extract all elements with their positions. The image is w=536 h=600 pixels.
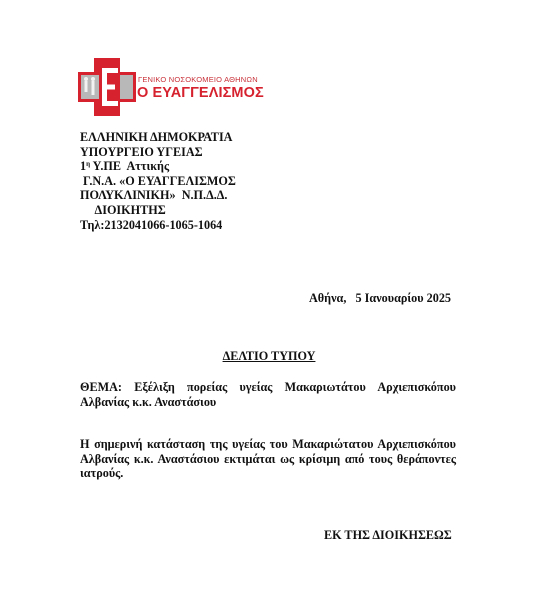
document-title: ΔΕΛΤΙΟ ΤΥΠΟΥ (223, 349, 316, 363)
document-subject: ΘΕΜΑ: Εξέλιξη πορείας υγείας Μακαριωτάτο… (80, 380, 456, 409)
letterhead-line-region: 1η Υ.ΠΕ Αττικής (80, 159, 236, 174)
letterhead-line-ministry: ΥΠΟΥΡΓΕΙΟ ΥΓΕΙΑΣ (80, 145, 236, 160)
hospital-logo: ΓΕΝΙΚΟ ΝΟΣΟΚΟΜΕΙΟ ΑΘΗΝΩΝ Ο ΕΥΑΓΓΕΛΙΣΜΟΣ (78, 58, 258, 118)
region-text: Υ.ΠΕ Αττικής (90, 159, 169, 173)
document-title-container: ΔΕΛΤΙΟ ΤΥΠΟΥ (0, 349, 536, 364)
document-signature: ΕΚ ΤΗΣ ΔΙΟΙΚΗΣΕΩΣ (324, 528, 452, 543)
letterhead-line-polyclinic: ΠΟΛΥΚΛΙΝΙΚΗ» Ν.Π.Δ.Δ. (80, 188, 236, 203)
logo-subtitle: ΓΕΝΙΚΟ ΝΟΣΟΚΟΜΕΙΟ ΑΘΗΝΩΝ (138, 75, 258, 84)
document-body: Η σημερινή κατάσταση της υγείας του Μακα… (80, 437, 456, 481)
letterhead-line-hospital: Γ.Ν.Α. «Ο ΕΥΑΓΓΕΛΙΣΜΟΣ (80, 174, 236, 189)
hospital-cross-logo-icon (78, 58, 136, 116)
document-date: Αθήνα, 5 Ιανουαρίου 2025 (309, 291, 451, 306)
letterhead-line-republic: ΕΛΛΗΝΙΚΗ ΔΗΜΟΚΡΑΤΙΑ (80, 130, 236, 145)
logo-name: Ο ΕΥΑΓΓΕΛΙΣΜΟΣ (137, 85, 264, 101)
letterhead-line-phone: Τηλ:2132041066-1065-1064 (80, 218, 236, 233)
letterhead-line-administration: ΔΙΟΙΚΗΤΗΣ (80, 203, 236, 218)
letterhead: ΕΛΛΗΝΙΚΗ ΔΗΜΟΚΡΑΤΙΑ ΥΠΟΥΡΓΕΙΟ ΥΓΕΙΑΣ 1η … (80, 130, 236, 232)
